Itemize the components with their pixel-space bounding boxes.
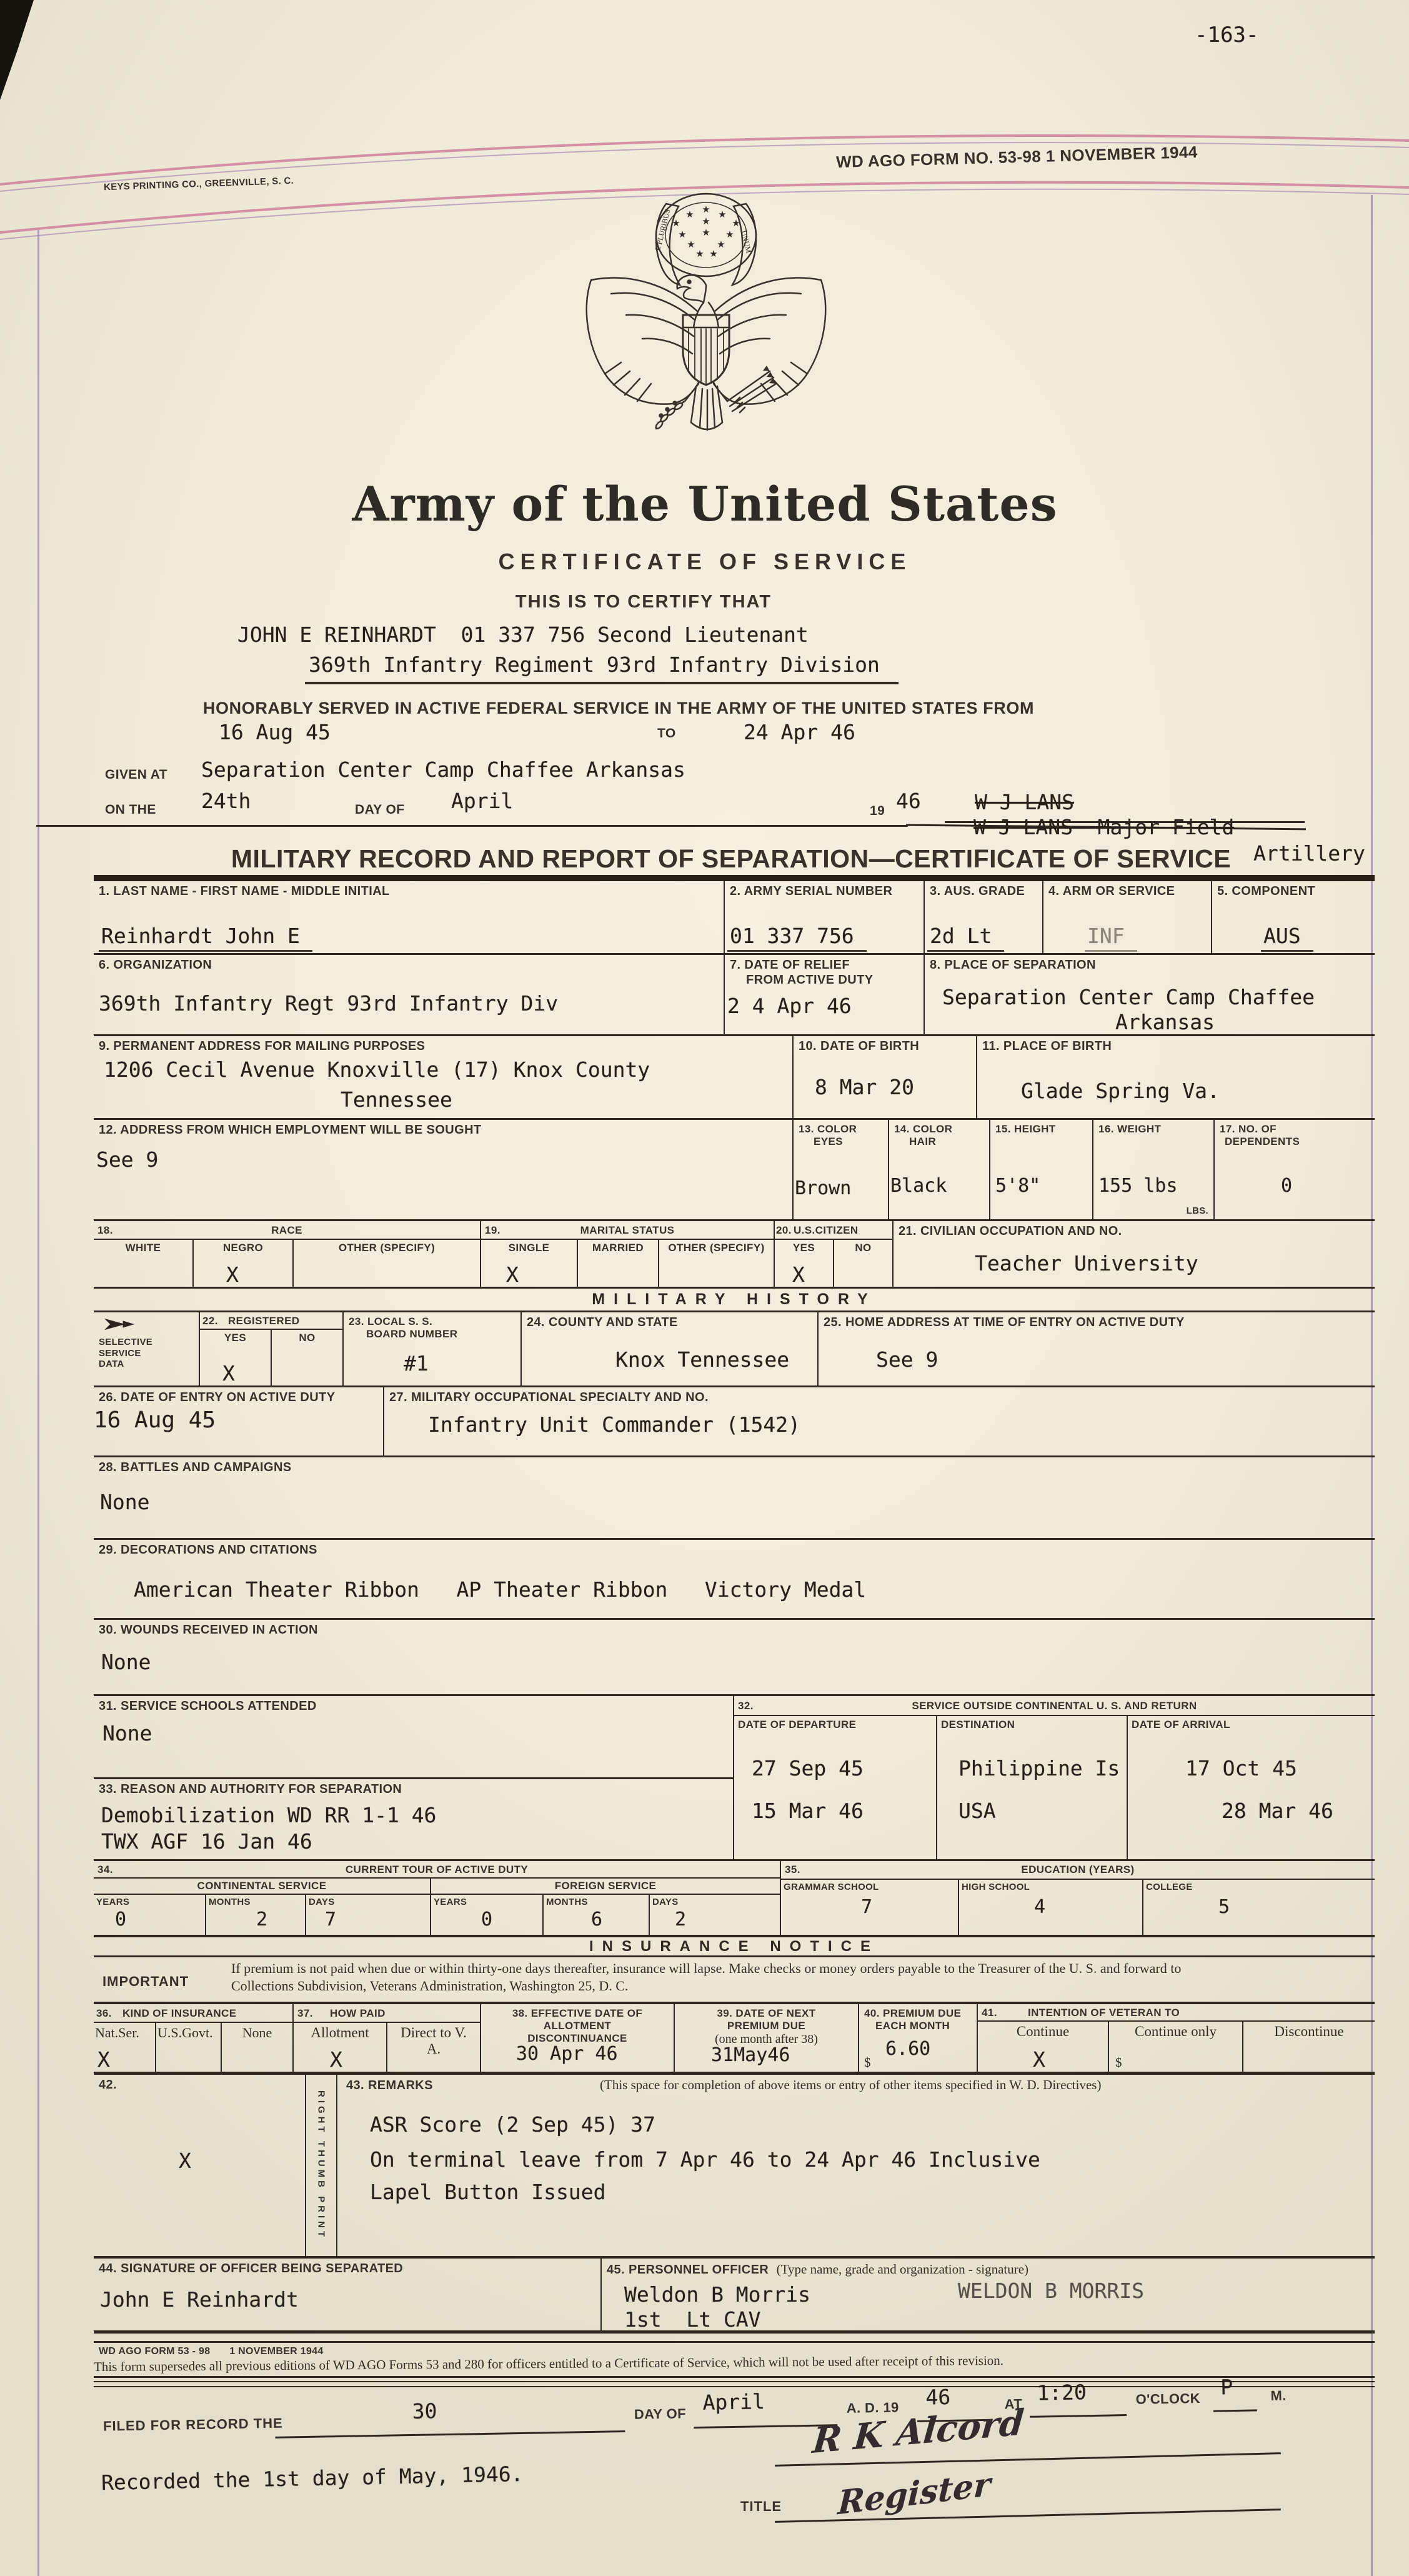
box-21-value: Teacher University (975, 1251, 1198, 1276)
marital-other-column: OTHER (SPECIFY) (659, 1240, 774, 1287)
years-value: 0 (481, 1909, 492, 1930)
box-40-premium-each-month: 40. PREMIUM DUE EACH MONTH 6.60 $ (859, 2004, 978, 2072)
days-value: 2 (675, 1909, 686, 1930)
footer-form-id: WD AGO FORM 53 - 98 1 NOVEMBER 1944 (99, 2346, 324, 2358)
box-3-aus-grade: 3. AUS. GRADE 2d Lt (925, 881, 1043, 953)
box-7-label: 7. DATE OF RELIEF (730, 958, 919, 973)
form-row-schools-overseas: 31. SERVICE SCHOOLS ATTENDED None 33. RE… (94, 1696, 1375, 1861)
insurance-notice-title: INSURANCE NOTICE (589, 1938, 879, 1955)
box-2-serial-number: 2. ARMY SERIAL NUMBER 01 337 756 (725, 881, 925, 953)
left-margin-line (37, 230, 39, 2576)
important-text: If premium is not paid when due or withi… (231, 1960, 1206, 1995)
box-4-arm-or-service: 4. ARM OR SERVICE INF (1043, 881, 1212, 953)
seal-star-icon: ★ (718, 209, 726, 220)
high-school-value: 4 (1034, 1896, 1045, 1918)
important-label: IMPORTANT (102, 1974, 189, 1990)
allotment-column: Allotment X (294, 2023, 387, 2072)
box-43-label: 43. REMARKS (346, 2079, 433, 2094)
box-12-employment-address: 12. ADDRESS FROM WHICH EMPLOYMENT WILL B… (94, 1120, 794, 1219)
right-wing (714, 278, 825, 404)
usgovt-label: U.S.Govt. (157, 2025, 213, 2040)
foreign-title: FOREIGN SERVICE (431, 1879, 780, 1895)
continental-service-block: CONTINENTAL SERVICE YEARS 0 MONTHS 2 (94, 1879, 431, 1935)
year-prefix: 19 (870, 804, 885, 819)
race-negro-label: NEGRO (223, 1242, 263, 1254)
seal-star-icon: ★ (695, 248, 704, 259)
marital-married-column: MARRIED (578, 1240, 659, 1287)
certify-line: THIS IS TO CERTIFY THAT (0, 591, 1287, 612)
box-25-home-address: 25. HOME ADDRESS AT TIME OF ENTRY ON ACT… (819, 1312, 1375, 1385)
box-30-wounds: 30. WOUNDS RECEIVED IN ACTION None (94, 1620, 1375, 1694)
box-29-value: American Theater Ribbon AP Theater Ribbo… (134, 1577, 866, 1602)
how-paid-checkmark: X (330, 2047, 342, 2072)
footer-form-date: 1 NOVEMBER 1944 (229, 2346, 323, 2357)
box-15-height: 15. HEIGHT 5'8" (990, 1120, 1093, 1219)
college-column: COLLEGE 5 (1143, 1879, 1375, 1935)
filed-day: 30 (412, 2399, 437, 2424)
box-7-date-of-relief: 7. DATE OF RELIEF FROM ACTIVE DUTY 2 4 A… (725, 955, 925, 1034)
box-25-value: See 9 (876, 1347, 938, 1372)
box-32-service-outside: 32. SERVICE OUTSIDE CONTINENTAL U. S. AN… (734, 1696, 1375, 1859)
months-value: 2 (256, 1909, 267, 1930)
box-9-permanent-address: 9. PERMANENT ADDRESS FOR MAILING PURPOSE… (94, 1036, 794, 1118)
box-26-label: 26. DATE OF ENTRY ON ACTIVE DUTY (99, 1390, 335, 1404)
filed-oclock-label: O'CLOCK (1135, 2390, 1200, 2408)
marital-single-column: SINGLE X (481, 1240, 578, 1287)
seal-star-icon: ★ (732, 217, 740, 229)
footer-rule-top (94, 2341, 1375, 2343)
seal-star-icon: ★ (725, 229, 734, 240)
box-22-registered: 22. REGISTERED YES X NO (200, 1312, 344, 1385)
certified-name-line: JOHN E REINHARDT 01 337 756 Second Lieut… (237, 622, 809, 647)
box-35-header: 35. EDUCATION (YEARS) (781, 1861, 1375, 1879)
marital-checkmark: X (506, 1262, 519, 1287)
citizen-no-column: NO (834, 1240, 892, 1287)
box-39-value: 31May46 (711, 2044, 790, 2066)
box-13-label: 13. COLOR (799, 1123, 883, 1136)
marital-other-label: OTHER (SPECIFY) (668, 1242, 764, 1254)
box-19-header: 19. MARITAL STATUS (481, 1221, 774, 1240)
box-1-label: 1. LAST NAME - FIRST NAME - MIDDLE INITI… (99, 884, 390, 898)
grammar-school-column: GRAMMAR SCHOOL 7 (781, 1879, 959, 1935)
intention-checkmark: X (1033, 2047, 1045, 2072)
seal-star-icon: ★ (672, 217, 680, 229)
box-32-header: 32. SERVICE OUTSIDE CONTINENTAL U. S. AN… (734, 1696, 1375, 1716)
box-45-typed-name: Weldon B Morris (624, 2282, 810, 2307)
to-label: TO (657, 726, 676, 742)
box-1-last-name: 1. LAST NAME - FIRST NAME - MIDDLE INITI… (94, 881, 725, 953)
destination-column: DESTINATION Philippine Is USA (937, 1716, 1128, 1859)
filed-year: 46 (925, 2385, 950, 2410)
filed-ampm-line (1213, 2409, 1257, 2412)
departure-row-1: 27 Sep 45 (752, 1756, 864, 1780)
foreign-years: YEARS 0 (431, 1895, 544, 1935)
selective-label-1: SELECTIVE (99, 1337, 194, 1348)
box-28-label: 28. BATTLES AND CAMPAIGNS (99, 1460, 292, 1474)
box-6-label: 6. ORGANIZATION (99, 958, 212, 972)
box-20-title: U.S.CITIZEN (794, 1224, 859, 1237)
filed-time-line (1030, 2414, 1127, 2418)
box-41-header: 41. INTENTION OF VETERAN TO (978, 2004, 1375, 2022)
box-23-local-board: 23. LOCAL S. S. BOARD NUMBER #1 (344, 1312, 522, 1385)
form-row-identity: 1. LAST NAME - FIRST NAME - MIDDLE INITI… (94, 881, 1375, 955)
box-35-education: 35. EDUCATION (YEARS) GRAMMAR SCHOOL 7 H… (781, 1861, 1375, 1935)
box-8-value: Separation Center Camp Chaffee (942, 985, 1315, 1009)
registered-no-column: NO (272, 1330, 342, 1385)
box-3-label: 3. AUS. GRADE (930, 884, 1025, 898)
remarks-line-3: Lapel Button Issued (370, 2180, 606, 2204)
arrival-row-1: 17 Oct 45 (1185, 1756, 1297, 1780)
box-13-label-2: EYES (799, 1136, 883, 1148)
box-38-value: 30 Apr 46 (516, 2043, 618, 2065)
college-value: 5 (1218, 1896, 1230, 1918)
box-45-personnel-officer: 45. PERSONNEL OFFICER (Type name, grade … (602, 2259, 1375, 2330)
box-40-label-2: EACH MONTH (864, 2020, 972, 2032)
box-45-note: (Type name, grade and organization - sig… (777, 2262, 1028, 2277)
given-at-value: Separation Center Camp Chaffee Arkansas (201, 757, 685, 782)
box-41-num: 41. (982, 2007, 997, 2019)
race-white-label: WHITE (126, 1242, 161, 1254)
continental-months: MONTHS 2 (206, 1895, 306, 1935)
box-42-num: 42. (99, 2078, 117, 2092)
box-22-num: 22. (202, 1315, 218, 1327)
box-19-title: MARITAL STATUS (481, 1224, 774, 1237)
scanned-certificate-page: -163- KEYS PRINTING CO., GREENVILLE, S. … (0, 0, 1409, 2576)
box-38-label-1: 38. EFFECTIVE DATE OF (486, 2007, 669, 2020)
box-16-unit: LBS. (1187, 1206, 1208, 1217)
direct-va-label: Direct to V. A. (396, 2025, 471, 2057)
box-6-organization: 6. ORGANIZATION 369th Infantry Regt 93rd… (94, 955, 725, 1034)
honorably-served-line: HONORABLY SERVED IN ACTIVE FEDERAL SERVI… (87, 699, 1150, 719)
form-row-insurance: 36. KIND OF INSURANCE Nat.Ser. X U.S.Gov… (94, 2004, 1375, 2075)
destination-row-2: USA (958, 1799, 996, 1823)
box-9-label: 9. PERMANENT ADDRESS FOR MAILING PURPOSE… (99, 1039, 425, 1053)
filed-month: April (702, 2389, 765, 2415)
box-45-signature: WELDON B MORRIS (958, 2279, 1144, 2303)
box-39-next-premium-due: 39. DATE OF NEXT PREMIUM DUE (one month … (675, 2004, 859, 2072)
box-10-date-of-birth: 10. DATE OF BIRTH 8 Mar 20 (794, 1036, 977, 1118)
box-17-value: 0 (1281, 1175, 1292, 1197)
box-41-dollar-sign: $ (1115, 2055, 1122, 2070)
filed-label: FILED FOR RECORD THE (103, 2415, 283, 2435)
box-36-header: 36. KIND OF INSURANCE (94, 2004, 292, 2023)
months-label: MONTHS (206, 1897, 305, 1908)
continental-days: DAYS 7 (306, 1895, 430, 1935)
registered-yes-column: YES X (200, 1330, 272, 1385)
box-14-label-2: HAIR (894, 1136, 984, 1148)
left-wing (587, 278, 699, 404)
clerk-title-value: Register (837, 2465, 992, 2523)
day-of-label: DAY OF (355, 802, 404, 818)
military-history-title: MILITARY HISTORY (592, 1290, 877, 1309)
box-10-label: 10. DATE OF BIRTH (799, 1039, 919, 1053)
separating-officer-signature-2: W J LANS Major Field (973, 815, 1234, 839)
box-8-value-2: Arkansas (1115, 1010, 1215, 1034)
report-title: MILITARY RECORD AND REPORT OF SEPARATION… (144, 844, 1318, 874)
race-other-column: OTHER (SPECIFY) (294, 1240, 480, 1287)
service-to-date: 24 Apr 46 (744, 720, 855, 744)
box-44-value: John E Reinhardt (100, 2287, 299, 2312)
box-26-date-of-entry: 26. DATE OF ENTRY ON ACTIVE DUTY 16 Aug … (94, 1387, 384, 1455)
box-29-decorations: 29. DECORATIONS AND CITATIONS American T… (94, 1540, 1375, 1618)
filed-day-of-label: DAY OF (634, 2405, 687, 2422)
departure-row-2: 15 Mar 46 (752, 1799, 864, 1823)
box-39-label-1: 39. DATE OF NEXT (680, 2007, 853, 2020)
box-5-label: 5. COMPONENT (1217, 884, 1315, 898)
box-34-header: 34. CURRENT TOUR OF ACTIVE DUTY (94, 1861, 780, 1879)
box-43-remarks: 43. REMARKS (This space for completion o… (337, 2075, 1375, 2256)
box-26-value: 16 Aug 45 (94, 1407, 216, 1433)
none-label: None (242, 2025, 272, 2040)
year-value: 46 (896, 789, 921, 813)
box-33-label: 33. REASON AND AUTHORITY FOR SEPARATION (99, 1782, 402, 1796)
right-thumb-print-label: RIGHT THUMB PRINT (316, 2090, 327, 2240)
college-label: COLLEGE (1143, 1882, 1375, 1893)
box-14-value: Black (890, 1175, 947, 1197)
arrival-row-2: 28 Mar 46 (1222, 1799, 1333, 1823)
months-label: MONTHS (544, 1897, 649, 1908)
box-10-value: 8 Mar 20 (815, 1075, 914, 1099)
continue-label: Continue (1017, 2024, 1069, 2039)
days-label: DAYS (306, 1897, 430, 1908)
day-value: 24th (201, 789, 251, 813)
box-38-allotment-discontinuance: 38. EFFECTIVE DATE OF ALLOTMENT DISCONTI… (481, 2004, 675, 2072)
box-18-header: 18. RACE (94, 1221, 480, 1240)
destination-header: DESTINATION (941, 1719, 1015, 1730)
direct-va-column: Direct to V. A. (387, 2023, 480, 2072)
form-row-address-birth: 9. PERMANENT ADDRESS FOR MAILING PURPOSE… (94, 1036, 1375, 1120)
seal-star-icon: ★ (709, 248, 717, 259)
box-33-reason-separation: 33. REASON AND AUTHORITY FOR SEPARATION … (94, 1779, 733, 1859)
service-from-date: 16 Aug 45 (219, 720, 331, 744)
box-11-place-of-birth: 11. PLACE OF BIRTH Glade Spring Va. (977, 1036, 1375, 1118)
form-row-battles: 28. BATTLES AND CAMPAIGNS None (94, 1457, 1375, 1540)
box-44-officer-signature: 44. SIGNATURE OF OFFICER BEING SEPARATED… (94, 2259, 602, 2330)
usgovt-column: U.S.Govt. (156, 2023, 222, 2072)
box-13-value: Brown (795, 1177, 851, 1199)
registered-yes-label: YES (224, 1332, 246, 1344)
form-row-signatures: 44. SIGNATURE OF OFFICER BEING SEPARATED… (94, 2259, 1375, 2334)
box-18-race: 18. RACE WHITE NEGRO X OTHER (SPECIFY) (94, 1221, 481, 1287)
box-40-label-1: 40. PREMIUM DUE (864, 2007, 972, 2020)
citizen-yes-column: YES X (775, 1240, 834, 1287)
box-15-label: 15. HEIGHT (995, 1123, 1056, 1135)
box-17-label-2: DEPENDENTS (1220, 1136, 1370, 1148)
days-value: 7 (325, 1909, 336, 1930)
box-21-civilian-occupation: 21. CIVILIAN OCCUPATION AND NO. Teacher … (894, 1221, 1375, 1287)
eagle-icon: ★ ★ ★ ★ ★ ★ ★ ★ ★ ★ ★ ★ ★ E PLURIBUS UNU… (550, 186, 862, 455)
box-33-value: Demobilization WD RR 1-1 46 (101, 1803, 436, 1827)
box-23-label-2: BOARD NUMBER (349, 1328, 515, 1340)
seal-star-icon: ★ (717, 239, 725, 250)
box-1-value: Reinhardt John E (99, 924, 312, 952)
org-title: Army of the United States (61, 476, 1348, 532)
kind-checkmark: X (97, 2047, 110, 2072)
box-27-value: Infantry Unit Commander (1542) (428, 1412, 800, 1437)
on-the-label: ON THE (105, 802, 156, 818)
box-43-note: (This space for completion of above item… (600, 2077, 1101, 2093)
seal-star-icon: ★ (702, 216, 710, 227)
months-value: 6 (591, 1909, 602, 1930)
foreign-months: MONTHS 6 (544, 1895, 650, 1935)
box-45-grade: 1st Lt CAV (624, 2307, 761, 2332)
box-36-num: 36. (96, 2007, 112, 2020)
box-22-header: 22. REGISTERED (200, 1312, 342, 1330)
filed-m-label: M. (1270, 2388, 1287, 2404)
box-14-hair-color: 14. COLOR HAIR Black (889, 1120, 990, 1219)
box-5-component: 5. COMPONENT AUS (1212, 881, 1375, 953)
box-38-label-2: ALLOTMENT (486, 2020, 669, 2032)
box-19-marital-status: 19. MARITAL STATUS SINGLE X MARRIED OTHE… (481, 1221, 775, 1287)
box-37-num: 37. (297, 2007, 313, 2020)
header-divider-line (36, 825, 908, 827)
separation-form-table: 1. LAST NAME - FIRST NAME - MIDDLE INITI… (94, 875, 1375, 2334)
footer-form-number: WD AGO FORM 53 - 98 (99, 2346, 210, 2357)
grammar-school-value: 7 (861, 1896, 872, 1918)
box-20-header: 20. U.S.CITIZEN (775, 1221, 892, 1240)
important-notice-row: IMPORTANT If premium is not paid when du… (94, 1957, 1375, 2004)
departure-column: DATE OF DEPARTURE 27 Sep 45 15 Mar 46 (734, 1716, 937, 1859)
form-row-decorations: 29. DECORATIONS AND CITATIONS American T… (94, 1540, 1375, 1620)
box-24-county-state: 24. COUNTY AND STATE Knox Tennessee (522, 1312, 819, 1385)
selective-label-2: SERVICE (99, 1348, 194, 1359)
selective-service-arrow-icon (101, 1316, 137, 1332)
years-value: 0 (115, 1909, 126, 1930)
selective-service-block: SELECTIVE SERVICE DATA (94, 1312, 200, 1385)
box-41-intention: 41. INTENTION OF VETERAN TO Continue X C… (978, 2004, 1375, 2072)
race-negro-column: NEGRO X (194, 1240, 294, 1287)
continue-column: Continue X (978, 2022, 1109, 2072)
box-20-us-citizen: 20. U.S.CITIZEN YES X NO (775, 1221, 894, 1287)
box-42: 42. X (94, 2075, 306, 2256)
military-history-header: MILITARY HISTORY (94, 1289, 1375, 1312)
box-6-value: 369th Infantry Regt 93rd Infantry Div (99, 991, 558, 1016)
recorded-line: Recorded the 1st day of May, 1946. (101, 2462, 524, 2495)
seal-star-icon: ★ (687, 239, 695, 250)
race-checkmark: X (226, 1262, 239, 1287)
box-17-label: 17. NO. OF (1220, 1123, 1370, 1136)
box-30-value: None (101, 1650, 151, 1674)
box-2-label: 2. ARMY SERIAL NUMBER (730, 884, 892, 898)
box-18-title: RACE (94, 1224, 480, 1237)
foreign-service-block: FOREIGN SERVICE YEARS 0 MONTHS 6 (431, 1879, 780, 1935)
seal-star-icon: ★ (702, 227, 710, 238)
box-21-label: 21. CIVILIAN OCCUPATION AND NO. (899, 1224, 1122, 1238)
box-44-label: 44. SIGNATURE OF OFFICER BEING SEPARATED (99, 2262, 403, 2275)
box-2-value: 01 337 756 (727, 924, 867, 952)
box-9-value-2: Tennessee (341, 1087, 452, 1112)
certified-unit-line: 369th Infantry Regiment 93rd Infantry Di… (305, 652, 899, 684)
box-27-mos: 27. MILITARY OCCUPATIONAL SPECIALTY AND … (384, 1387, 1375, 1455)
box-37-how-paid: 37. HOW PAID Allotment X Direct to V. A. (294, 2004, 481, 2072)
filed-day-line (275, 2430, 625, 2439)
filed-ampm: P (1220, 2375, 1233, 2399)
box-31-value: None (102, 1721, 152, 1745)
box-16-weight: 16. WEIGHT 155 lbs LBS. (1093, 1120, 1215, 1219)
box-31-service-schools: 31. SERVICE SCHOOLS ATTENDED None (94, 1696, 733, 1779)
foreign-days: DAYS 2 (650, 1895, 780, 1935)
box-3-value: 2d Lt (927, 924, 1004, 952)
continental-title: CONTINENTAL SERVICE (94, 1879, 430, 1895)
marital-married-label: MARRIED (592, 1242, 644, 1254)
box-27-label: 27. MILITARY OCCUPATIONAL SPECIALTY AND … (389, 1390, 709, 1404)
box-40-value: 6.60 (885, 2038, 930, 2060)
remarks-line-1: ASR Score (2 Sep 45) 37 (370, 2112, 655, 2137)
box-25-label: 25. HOME ADDRESS AT TIME OF ENTRY ON ACT… (824, 1315, 1185, 1329)
high-school-label: HIGH SCHOOL (959, 1882, 1142, 1893)
race-other-label: OTHER (SPECIFY) (339, 1242, 435, 1254)
form-row-race-marital: 18. RACE WHITE NEGRO X OTHER (SPECIFY) (94, 1221, 1375, 1289)
continental-years: YEARS 0 (94, 1895, 206, 1935)
form-row-description: 12. ADDRESS FROM WHICH EMPLOYMENT WILL B… (94, 1120, 1375, 1221)
box-35-title: EDUCATION (YEARS) (781, 1864, 1375, 1876)
title-label: TITLE (740, 2499, 782, 2515)
form-row-selective-service: SELECTIVE SERVICE DATA 22. REGISTERED YE… (94, 1312, 1375, 1387)
box-7-label-2: FROM ACTIVE DUTY (730, 973, 919, 988)
days-label: DAYS (650, 1897, 780, 1908)
citizen-no-label: NO (855, 1242, 871, 1254)
box-14-label: 14. COLOR (894, 1123, 984, 1136)
destination-row-1: Philippine Is (958, 1756, 1120, 1780)
seal-star-icon: ★ (702, 204, 710, 215)
natser-label: Nat.Ser. (95, 2025, 139, 2040)
box-9-value: 1206 Cecil Avenue Knoxville (17) Knox Co… (104, 1057, 650, 1082)
insurance-notice-header: INSURANCE NOTICE (94, 1937, 1375, 1957)
box-31-label: 31. SERVICE SCHOOLS ATTENDED (99, 1699, 317, 1713)
box-29-label: 29. DECORATIONS AND CITATIONS (99, 1543, 317, 1557)
box-23-value: #1 (404, 1351, 429, 1375)
certificate-subtitle: CERTIFICATE OF SERVICE (61, 549, 1348, 575)
box-12-value: See 9 (96, 1147, 158, 1172)
years-label: YEARS (94, 1897, 205, 1908)
form-row-remarks: 42. X RIGHT THUMB PRINT 43. REMARKS (Thi… (94, 2075, 1375, 2259)
important-notice: IMPORTANT If premium is not paid when du… (94, 1957, 1375, 2002)
arrival-header: DATE OF ARRIVAL (1132, 1719, 1230, 1730)
form-row-tour-education: 34. CURRENT TOUR OF ACTIVE DUTY CONTINEN… (94, 1861, 1375, 1937)
box-23-label: 23. LOCAL S. S. (349, 1315, 515, 1328)
box-16-label: 16. WEIGHT (1098, 1123, 1161, 1135)
discontinue-column: Discontinue (1243, 2022, 1375, 2072)
box-37-title: HOW PAID (330, 2007, 386, 2020)
box-34-title: CURRENT TOUR OF ACTIVE DUTY (94, 1864, 780, 1876)
natser-column: Nat.Ser. X (94, 2023, 156, 2072)
box-20-num: 20. (776, 1224, 792, 1237)
box-36-title: KIND OF INSURANCE (122, 2007, 236, 2020)
box-13-eye-color: 13. COLOR EYES Brown (794, 1120, 889, 1219)
marital-single-label: SINGLE (509, 1242, 550, 1254)
box-5-value: AUS (1261, 924, 1313, 952)
box-33-value-2: TWX AGF 16 Jan 46 (101, 1829, 312, 1854)
high-school-column: HIGH SCHOOL 4 (959, 1879, 1143, 1935)
registered-checkmark: X (222, 1361, 235, 1385)
right-thumb-print-strip: RIGHT THUMB PRINT (306, 2075, 337, 2256)
citizen-yes-label: YES (793, 1242, 815, 1254)
continue-only-column: Continue only $ (1109, 2022, 1243, 2072)
remarks-line-2: On terminal leave from 7 Apr 46 to 24 Ap… (370, 2147, 1040, 2172)
page-number: -163- (1195, 22, 1258, 47)
race-white-column: WHITE (94, 1240, 194, 1287)
departure-header: DATE OF DEPARTURE (738, 1719, 856, 1730)
box-17-dependents: 17. NO. OF DEPENDENTS 0 (1215, 1120, 1375, 1219)
box-45-label: 45. PERSONNEL OFFICER (607, 2263, 769, 2277)
box-8-label: 8. PLACE OF SEPARATION (930, 958, 1096, 972)
form-row-wounds: 30. WOUNDS RECEIVED IN ACTION None (94, 1620, 1375, 1696)
box-37-header: 37. HOW PAID (294, 2004, 480, 2023)
given-at-label: GIVEN AT (105, 767, 167, 783)
years-label: YEARS (431, 1897, 542, 1908)
arrival-column: DATE OF ARRIVAL 17 Oct 45 28 Mar 46 (1128, 1716, 1375, 1859)
selective-label-3: DATA (99, 1359, 194, 1370)
